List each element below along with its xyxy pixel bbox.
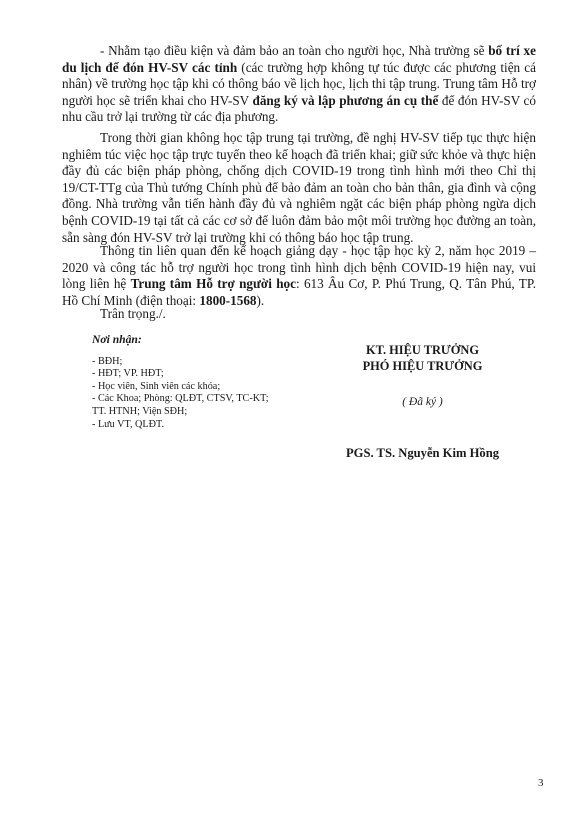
- text-segment: Trong thời gian không học tập trung tại …: [62, 130, 536, 245]
- paragraph-transport: - Nhằm tạo điều kiện và đảm bảo an toàn …: [62, 43, 536, 126]
- recipient-item: - HĐT; VP. HĐT;: [92, 368, 269, 381]
- emphasized-text: đăng ký và lập phương án cụ thể: [253, 93, 439, 108]
- recipient-item: - Lưu VT, QLĐT.: [92, 419, 269, 432]
- document-page: - Nhằm tạo điều kiện và đảm bảo an toàn …: [0, 0, 588, 822]
- recipient-item: - Các Khoa; Phòng: QLĐT, CTSV, TC-KT;: [92, 393, 269, 406]
- closing-greeting: Trân trọng./.: [62, 306, 536, 323]
- recipients-title: Nơi nhận:: [92, 334, 269, 347]
- paragraph-text: Thông tin liên quan đến kế hoạch giảng d…: [62, 243, 536, 309]
- signature-role-line2: PHÓ HIỆU TRƯỞNG: [300, 359, 545, 375]
- signed-note: ( Đã ký ): [300, 396, 545, 408]
- signature-role-line1: KT. HIỆU TRƯỞNG: [300, 343, 545, 359]
- paragraph-contact-info: Thông tin liên quan đến kế hoạch giảng d…: [62, 243, 536, 309]
- paragraph-text: - Nhằm tạo điều kiện và đảm bảo an toàn …: [62, 43, 536, 126]
- page-number: 3: [538, 777, 544, 789]
- text-segment: - Nhằm tạo điều kiện và đảm bảo an toàn …: [100, 43, 488, 58]
- recipient-item: TT. HTNH; Viện SĐH;: [92, 406, 269, 419]
- recipient-item: - BĐH;: [92, 356, 269, 369]
- signature-role: KT. HIỆU TRƯỞNG PHÓ HIỆU TRƯỞNG: [300, 343, 545, 374]
- recipient-item: - Học viên, Sinh viên các khóa;: [92, 381, 269, 394]
- paragraph-online-study: Trong thời gian không học tập trung tại …: [62, 130, 536, 246]
- signer-name: PGS. TS. Nguyễn Kim Hồng: [300, 446, 545, 461]
- emphasized-text: Trung tâm Hỗ trợ người học: [131, 276, 296, 291]
- recipients-block: Nơi nhận: - BĐH; - HĐT; VP. HĐT; - Học v…: [92, 334, 269, 431]
- paragraph-text: Trong thời gian không học tập trung tại …: [62, 130, 536, 246]
